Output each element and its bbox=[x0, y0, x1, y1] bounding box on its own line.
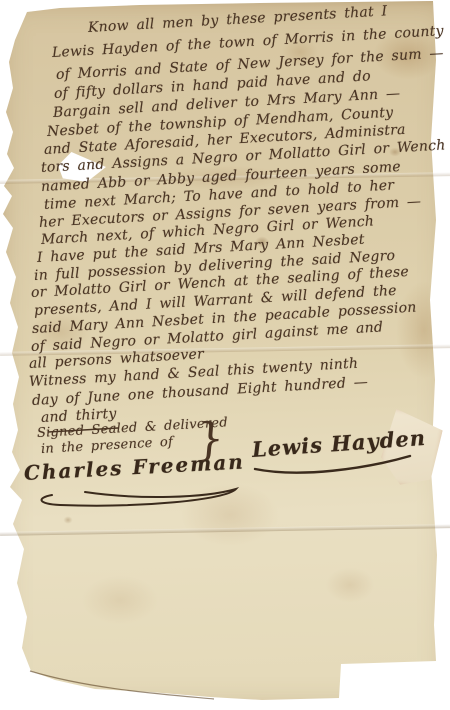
scanned-document-page: Know all men by these presents that I Le… bbox=[0, 0, 450, 710]
